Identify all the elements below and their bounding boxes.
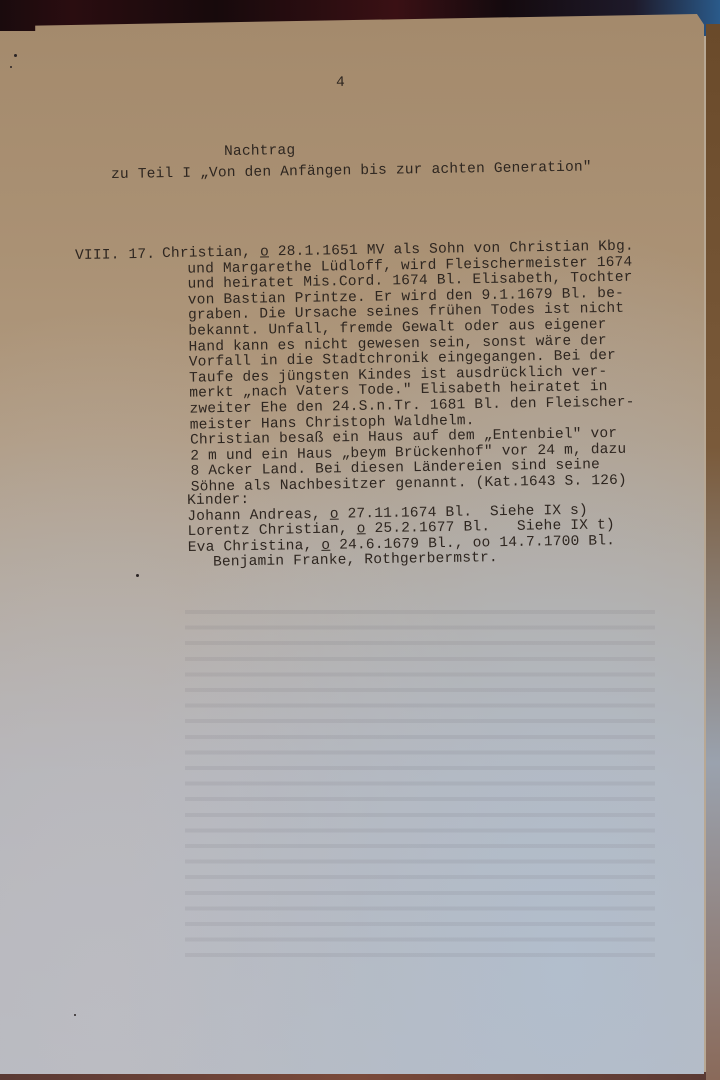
paper-speck (14, 54, 17, 57)
page-number: 4 (336, 76, 345, 92)
bleed-through-text (185, 604, 655, 964)
page-title: Nachtrag (224, 144, 295, 161)
children-list: Kinder: Johann Andreas, o 27.11.1674 Bl.… (187, 487, 615, 572)
birth-symbol: o (357, 521, 366, 537)
birth-symbol: o (260, 244, 269, 260)
paper-speck (74, 1014, 76, 1016)
paper-speck (10, 66, 12, 68)
entry-body: Christian, o 28.1.1651 MV als Sohn von C… (162, 240, 638, 497)
paper-speck (136, 574, 139, 577)
photo-background-right (706, 24, 720, 1080)
entry-number: VIII. 17. (75, 248, 155, 265)
entry-name: Christian, (162, 245, 251, 262)
